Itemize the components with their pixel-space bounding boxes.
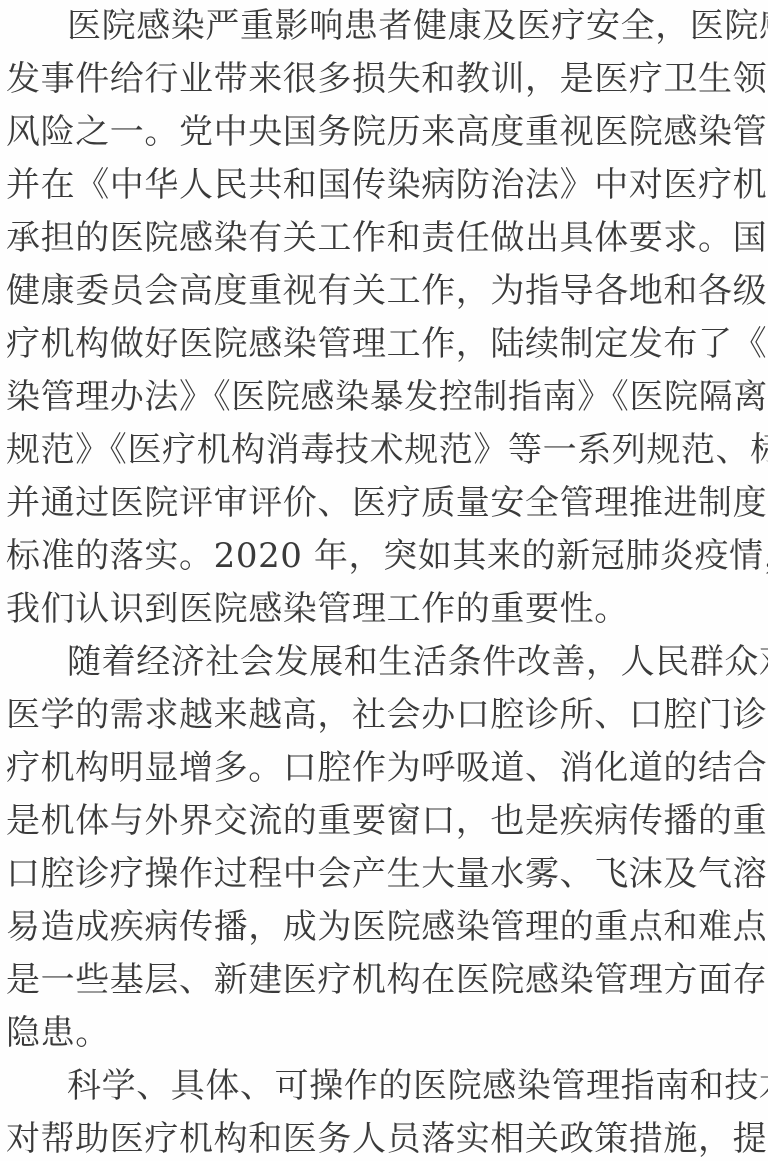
paragraph-1-line-12: 我们认识到医院感染管理工作的重要性。 (6, 583, 766, 636)
paragraph-1-line-1: 医院感染严重影响患者健康及医疗安全，医院感染暴 (67, 0, 768, 53)
paragraph-2-line-3: 疗机构明显增多。口腔作为呼吸道、消化道的结合部，既 (6, 742, 766, 795)
paragraph-1-line-5: 承担的医院感染有关工作和责任做出具体要求。国家卫生 (6, 212, 766, 265)
paragraph-2-line-8: 隐患。 (6, 1007, 766, 1060)
paragraph-1-line-9: 规范》《医疗机构消毒技术规范》等一系列规范、标准， (6, 424, 766, 477)
paragraph-2-line-1: 随着经济社会发展和生活条件改善，人民群众对口腔 (67, 636, 768, 689)
document-page: 医院感染严重影响患者健康及医疗安全，医院感染暴 发事件给行业带来很多损失和教训，… (0, 0, 768, 1161)
paragraph-1-line-2: 发事件给行业带来很多损失和教训，是医疗卫生领域重大 (6, 53, 766, 106)
paragraph-1-line-7: 疗机构做好医院感染管理工作，陆续制定发布了《医院感 (6, 318, 766, 371)
paragraph-2-line-2: 医学的需求越来越高，社会办口腔诊所、口腔门诊部等医 (6, 689, 766, 742)
paragraph-2-line-6: 易造成疾病传播，成为医院感染管理的重点和难点，尤其 (6, 901, 766, 954)
paragraph-3-line-2: 对帮助医疗机构和医务人员落实相关政策措施，提高医院 (6, 1113, 766, 1161)
paragraph-1-line-11: 标准的落实。2020 年，突如其来的新冠肺炎疫情，更加让 (6, 530, 766, 583)
paragraph-3-line-1: 科学、具体、可操作的医院感染管理指南和技术指导， (67, 1060, 768, 1113)
paragraph-1-line-3: 风险之一。党中央国务院历来高度重视医院感染管理工作， (6, 106, 766, 159)
paragraph-2-line-7: 是一些基层、新建医疗机构在医院感染管理方面存在严重 (6, 954, 766, 1007)
paragraph-2-line-4: 是机体与外界交流的重要窗口，也是疾病传播的重要途径。 (6, 795, 766, 848)
paragraph-1-line-6: 健康委员会高度重视有关工作，为指导各地和各级各类医 (6, 265, 766, 318)
paragraph-2-line-5: 口腔诊疗操作过程中会产生大量水雾、飞沫及气溶胶，容 (6, 848, 766, 901)
paragraph-1-line-8: 染管理办法》《医院感染暴发控制指南》《医院隔离技术 (6, 371, 766, 424)
paragraph-1-line-4: 并在《中华人民共和国传染病防治法》中对医疗机构应当 (6, 159, 766, 212)
paragraph-1-line-10: 并通过医院评审评价、医疗质量安全管理推进制度和规范、 (6, 477, 766, 530)
